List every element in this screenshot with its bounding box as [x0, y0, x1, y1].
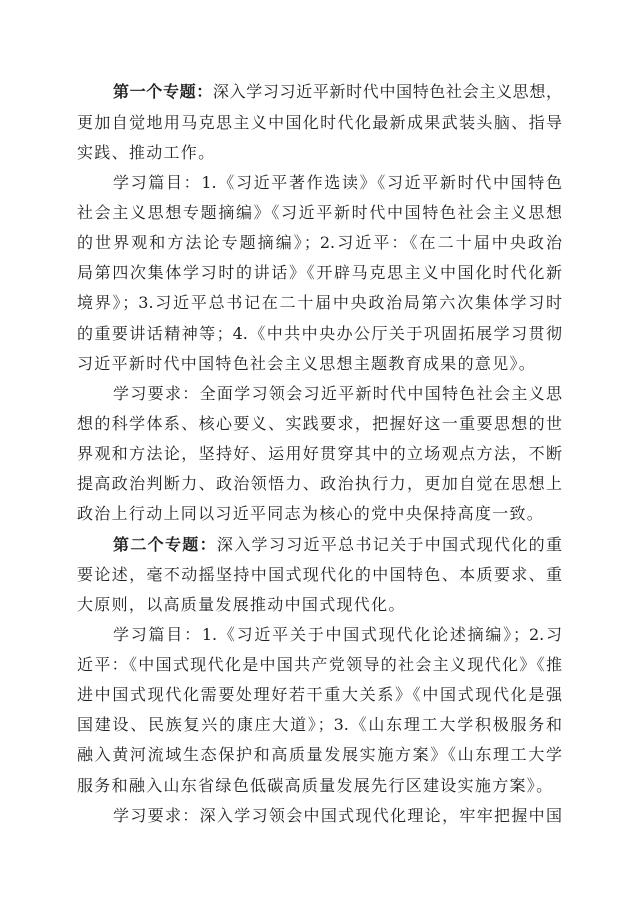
text-line: 的世界观和方法论专题摘编》；2.习近平：《在二十届中央政治 [77, 228, 562, 258]
paragraph-topic-two: 第二个专题：深入学习习近平总书记关于中国式现代化的重 要论述，毫不动摇坚持中国式… [77, 530, 562, 620]
line-text: 深入学习习近平总书记关于中国式现代化的重 [217, 535, 562, 554]
line-text: 深入学习习近平新时代中国特色社会主义思想， [213, 82, 562, 101]
paragraph-reading-list-two: 学习篇目：1.《习近平关于中国式现代化论述摘编》；2.习 近平：《中国式现代化是… [77, 620, 562, 801]
paragraph-first-line: 学习篇目：1.《习近平著作选读》《习近平新时代中国特色 [77, 168, 562, 198]
text-line: 大原则，以高质量发展推动中国式现代化。 [77, 590, 562, 620]
text-line: 要论述，毫不动摇坚持中国式现代化的中国特色、本质要求、重 [77, 560, 562, 590]
text-line: 想的科学体系、核心要义、实践要求，把握好这一重要思想的世 [77, 409, 562, 439]
text-line: 国建设、民族复兴的康庄大道》；3.《山东理工大学积极服务和 [77, 710, 562, 740]
document-page: 第一个专题：深入学习习近平新时代中国特色社会主义思想， 更加自觉地用马克思主义中… [77, 77, 562, 831]
text-line: 提高政治判断力、政治领悟力、政治执行力，更加自觉在思想上 [77, 469, 562, 499]
line-text: 1.《习近平关于中国式现代化论述摘编》；2.习 [202, 625, 562, 644]
text-line: 实践、推动工作。 [77, 138, 562, 168]
section-heading-label: 第二个专题： [113, 535, 217, 554]
line-text: 深入学习领会中国式现代化理论，牢牢把握中国 [200, 806, 562, 825]
paragraph-first-line: 学习篇目：1.《习近平关于中国式现代化论述摘编》；2.习 [77, 620, 562, 650]
paragraph-label: 学习篇目： [113, 173, 201, 192]
paragraph-first-line: 第一个专题：深入学习习近平新时代中国特色社会主义思想， [77, 77, 562, 107]
paragraph-first-line: 学习要求：全面学习领会习近平新时代中国特色社会主义思 [77, 379, 562, 409]
text-line: 局第四次集体学习时的讲话》《开辟马克思主义中国化时代化新 [77, 258, 562, 288]
paragraph-requirements-two: 学习要求：深入学习领会中国式现代化理论，牢牢把握中国 [77, 801, 562, 831]
paragraph-label: 学习要求： [113, 384, 200, 403]
line-text: 1.《习近平著作选读》《习近平新时代中国特色 [201, 173, 562, 192]
text-line: 的重要讲话精神等；4.《中共中央办公厅关于巩固拓展学习贯彻 [77, 319, 562, 349]
text-line: 服务和融入山东省绿色低碳高质量发展先行区建设实施方案》。 [77, 771, 562, 801]
text-line: 融入黄河流域生态保护和高质量发展实施方案》《山东理工大学 [77, 740, 562, 770]
paragraph-reading-list-one: 学习篇目：1.《习近平著作选读》《习近平新时代中国特色 社会主义思想专题摘编》《… [77, 168, 562, 379]
section-heading-label: 第一个专题： [113, 82, 213, 101]
paragraph-label: 学习要求： [113, 806, 200, 825]
paragraph-requirements-one: 学习要求：全面学习领会习近平新时代中国特色社会主义思 想的科学体系、核心要义、实… [77, 379, 562, 530]
text-line: 境界》；3.习近平总书记在二十届中央政治局第六次集体学习时 [77, 288, 562, 318]
text-line: 界观和方法论，坚持好、运用好贯穿其中的立场观点方法，不断 [77, 439, 562, 469]
text-line: 进中国式现代化需要处理好若干重大关系》《中国式现代化是强 [77, 680, 562, 710]
text-line: 社会主义思想专题摘编》《习近平新时代中国特色社会主义思想 [77, 198, 562, 228]
text-line: 习近平新时代中国特色社会主义思想主题教育成果的意见》。 [77, 349, 562, 379]
paragraph-first-line: 第二个专题：深入学习习近平总书记关于中国式现代化的重 [77, 530, 562, 560]
text-line: 政治上行动上同以习近平同志为核心的党中央保持高度一致。 [77, 499, 562, 529]
line-text: 全面学习领会习近平新时代中国特色社会主义思 [200, 384, 562, 403]
paragraph-label: 学习篇目： [113, 625, 202, 644]
text-line: 近平：《中国式现代化是中国共产党领导的社会主义现代化》《推 [77, 650, 562, 680]
text-line: 更加自觉地用马克思主义中国化时代化最新成果武装头脑、指导 [77, 108, 562, 138]
paragraph-first-line: 学习要求：深入学习领会中国式现代化理论，牢牢把握中国 [77, 801, 562, 831]
paragraph-topic-one: 第一个专题：深入学习习近平新时代中国特色社会主义思想， 更加自觉地用马克思主义中… [77, 77, 562, 167]
